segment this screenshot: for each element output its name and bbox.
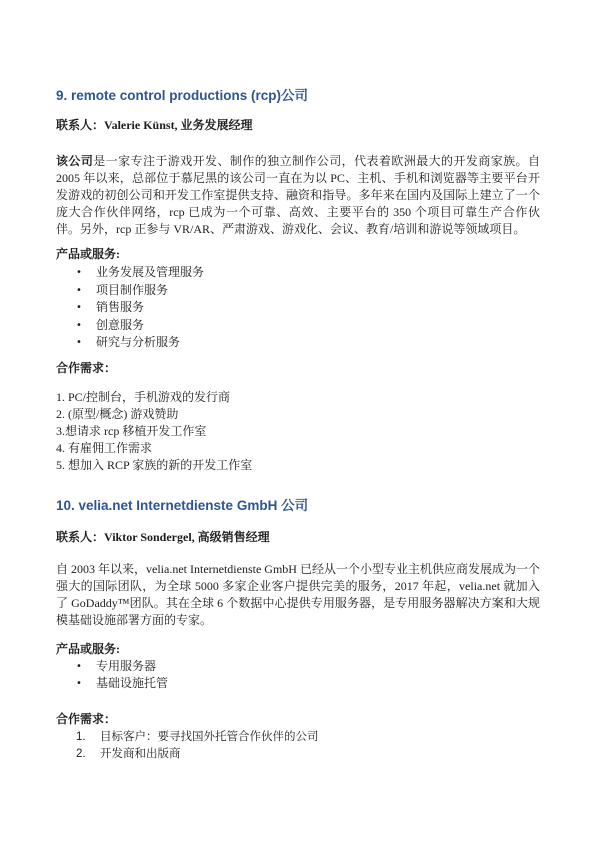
bullet-icon: • bbox=[76, 658, 82, 676]
section-9-intro-text: 是一家专注于游戏开发、制作的独立制作公司，代表着欧洲最大的开发商家族。自 200… bbox=[56, 154, 540, 236]
company-section-9: 9. remote control productions (rcp)公司 联系… bbox=[56, 88, 540, 474]
need-item-text: 开发商和出版商 bbox=[100, 746, 181, 764]
section-10-intro-text: 自 2003 年以来，velia.net Internetdienste Gmb… bbox=[56, 562, 540, 627]
bullet-icon: • bbox=[76, 317, 82, 335]
product-item-text: 基础设施托管 bbox=[96, 676, 168, 690]
product-list-item: •基础设施托管 bbox=[56, 675, 540, 693]
product-list-item: •项目制作服务 bbox=[56, 282, 540, 300]
section-10-intro-paragraph: 自 2003 年以来，velia.net Internetdienste Gmb… bbox=[56, 561, 540, 629]
need-item-number: 2. bbox=[76, 746, 100, 764]
product-item-text: 项目制作服务 bbox=[96, 283, 168, 297]
need-list-item: 4. 有雇佣工作需求 bbox=[56, 440, 540, 457]
need-list-item: 1.目标客户：要寻找国外托管合作伙伴的公司 bbox=[76, 729, 540, 747]
section-10-products-label: 产品或服务: bbox=[56, 641, 540, 658]
product-item-text: 创意服务 bbox=[96, 318, 144, 332]
need-list-item: 5. 想加入 RCP 家族的新的开发工作室 bbox=[56, 457, 540, 474]
bullet-icon: • bbox=[76, 264, 82, 282]
section-9-products-label: 产品或服务: bbox=[56, 246, 540, 263]
need-item-number: 1. bbox=[76, 729, 100, 747]
section-9-heading: 9. remote control productions (rcp)公司 bbox=[56, 88, 540, 104]
section-9-needs-label: 合作需求： bbox=[56, 360, 540, 377]
section-9-products-list: •业务发展及管理服务 •项目制作服务 •销售服务 •创意服务 •研究与分析服务 bbox=[56, 264, 540, 352]
bullet-icon: • bbox=[76, 334, 82, 352]
product-item-text: 业务发展及管理服务 bbox=[96, 265, 204, 279]
product-list-item: •销售服务 bbox=[56, 299, 540, 317]
document-page: 9. remote control productions (rcp)公司 联系… bbox=[0, 0, 595, 843]
section-9-intro-lead: 该公司 bbox=[56, 154, 93, 168]
product-list-item: •业务发展及管理服务 bbox=[56, 264, 540, 282]
company-section-10: 10. velia.net Internetdienste GmbH 公司 联系… bbox=[56, 498, 540, 764]
product-list-item: •研究与分析服务 bbox=[56, 334, 540, 352]
section-10-contact-line: 联系人：Viktor Sondergel, 高级销售经理 bbox=[56, 529, 540, 546]
need-list-item: 1. PC/控制台，手机游戏的发行商 bbox=[56, 389, 540, 406]
product-item-text: 研究与分析服务 bbox=[96, 335, 180, 349]
bullet-icon: • bbox=[76, 282, 82, 300]
need-list-item: 3.想请求 rcp 移植开发工作室 bbox=[56, 423, 540, 440]
section-9-needs-list: 1. PC/控制台，手机游戏的发行商 2. (原型/概念) 游戏赞助 3.想请求… bbox=[56, 389, 540, 474]
product-list-item: •创意服务 bbox=[56, 317, 540, 335]
product-item-text: 专用服务器 bbox=[96, 659, 156, 673]
need-item-text: 目标客户：要寻找国外托管合作伙伴的公司 bbox=[100, 729, 319, 747]
bullet-icon: • bbox=[76, 675, 82, 693]
product-list-item: •专用服务器 bbox=[56, 658, 540, 676]
section-10-needs-label: 合作需求： bbox=[56, 711, 540, 728]
page-content: 9. remote control productions (rcp)公司 联系… bbox=[0, 0, 595, 764]
need-list-item: 2. (原型/概念) 游戏赞助 bbox=[56, 406, 540, 423]
bullet-icon: • bbox=[76, 299, 82, 317]
section-10-products-list: •专用服务器 •基础设施托管 bbox=[56, 658, 540, 693]
section-10-heading: 10. velia.net Internetdienste GmbH 公司 bbox=[56, 498, 540, 514]
need-list-item: 2.开发商和出版商 bbox=[76, 746, 540, 764]
section-9-intro-paragraph: 该公司是一家专注于游戏开发、制作的独立制作公司，代表着欧洲最大的开发商家族。自 … bbox=[56, 153, 540, 238]
section-10-needs-list: 1.目标客户：要寻找国外托管合作伙伴的公司 2.开发商和出版商 bbox=[56, 729, 540, 764]
product-item-text: 销售服务 bbox=[96, 300, 144, 314]
section-9-contact-line: 联系人：Valerie Künst, 业务发展经理 bbox=[56, 117, 540, 134]
